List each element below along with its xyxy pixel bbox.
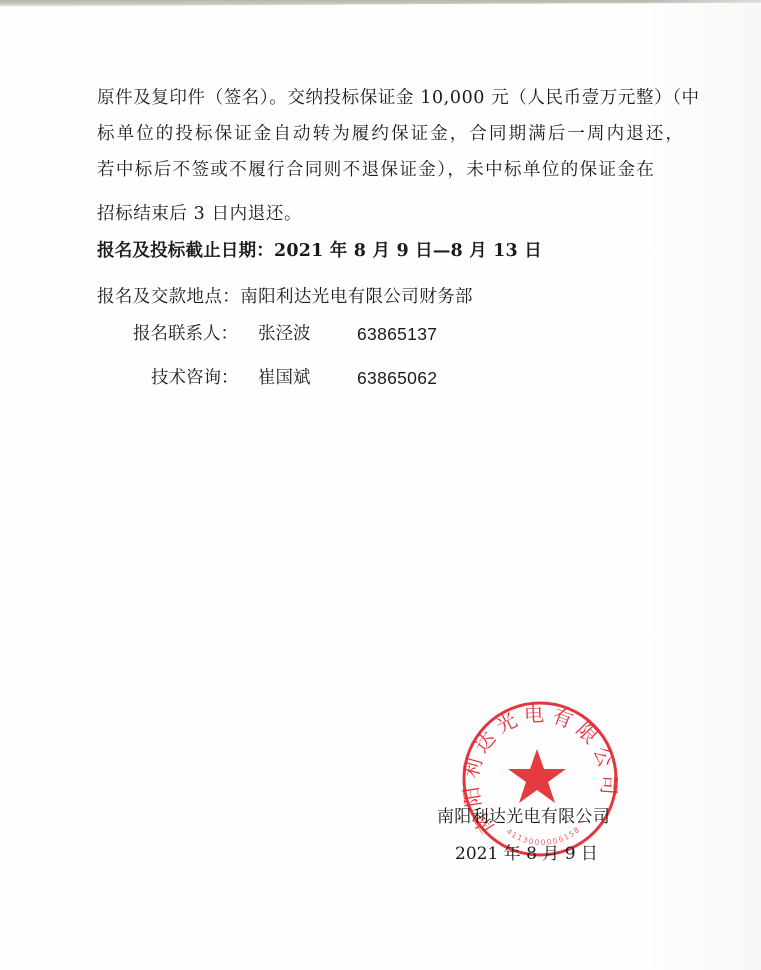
location-line: 报名及交款地点：南阳利达光电有限公司财务部 xyxy=(97,287,473,307)
paragraph-line-1: 原件及复印件（签名）。交纳投标保证金 10,000 元（人民币壹万元整）（中 xyxy=(97,88,700,108)
signature-company: 南阳利达光电有限公司 xyxy=(437,807,610,827)
company-seal: 南阳利达光电有限公司 4113000006158 xyxy=(460,699,620,859)
seal-icon: 南阳利达光电有限公司 4113000006158 xyxy=(460,699,620,859)
deadline-line: 报名及投标截止日期：2021 年 8 月 9 日—8 月 13 日 xyxy=(97,241,542,261)
contact-phone: 63865062 xyxy=(357,368,437,388)
contact-phone: 63865137 xyxy=(357,324,437,344)
contact-label: 报名联系人： xyxy=(133,324,238,344)
paragraph-line-2: 标单位的投标保证金自动转为履约保证金，合同期满后一周内退还， xyxy=(97,124,685,144)
paragraph-line-4: 招标结束后 3 日内退还。 xyxy=(97,204,302,224)
contact-name: 崔国斌 xyxy=(258,368,311,388)
paragraph-line-3: 若中标后不签或不履行合同则不退保证金），未中标单位的保证金在 xyxy=(97,160,655,180)
star-icon xyxy=(508,749,566,803)
contact-label: 技术咨询： xyxy=(151,368,239,388)
contact-name: 张泾波 xyxy=(258,324,311,344)
signature-date: 2021 年 8 月 9 日 xyxy=(455,844,598,864)
page-shade xyxy=(641,0,761,970)
